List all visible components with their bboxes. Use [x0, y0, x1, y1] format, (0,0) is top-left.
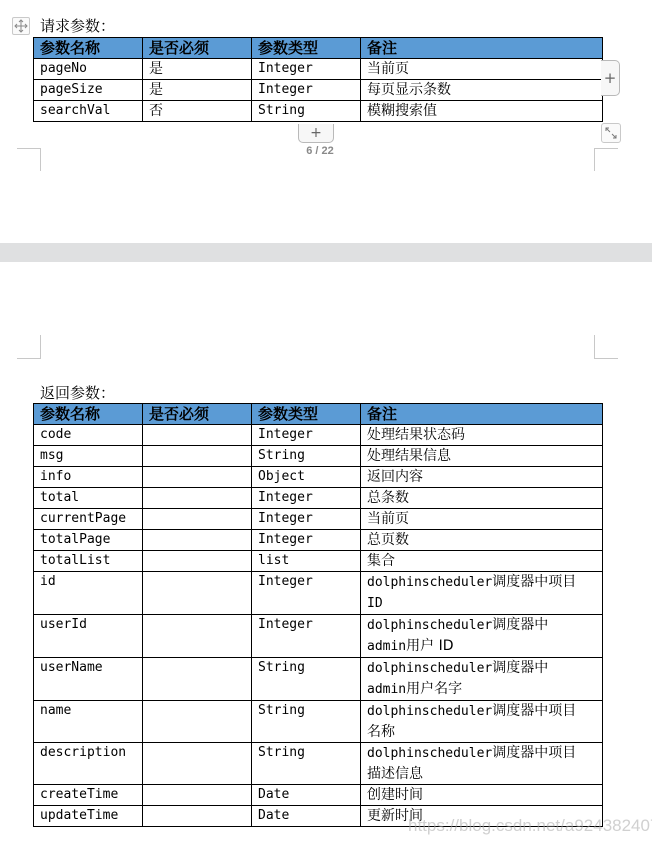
- header-param-name: 参数名称: [34, 404, 143, 425]
- table-row: description String dolphinscheduler调度器中项…: [34, 743, 603, 785]
- cell-required[interactable]: [143, 425, 252, 446]
- table-header-row: 参数名称 是否必须 参数类型 备注: [34, 404, 603, 425]
- table-row: userName String dolphinscheduler调度器中admi…: [34, 658, 603, 701]
- header-param-type: 参数类型: [252, 38, 361, 59]
- cell-name[interactable]: createTime: [34, 785, 143, 806]
- page-corner-mark: [17, 335, 41, 359]
- request-params-label: 请求参数：: [40, 17, 115, 35]
- watermark: https://blog.csdn.net/a924382407: [408, 816, 652, 836]
- cell-required[interactable]: [143, 743, 252, 785]
- cell-required[interactable]: [143, 446, 252, 467]
- table-row: totalList list 集合: [34, 551, 603, 572]
- response-params-table: 参数名称 是否必须 参数类型 备注 code Integer 处理结果状态码 m…: [33, 403, 603, 827]
- cell-required[interactable]: [143, 530, 252, 551]
- cell-name[interactable]: description: [34, 743, 143, 785]
- cell-required[interactable]: 是: [143, 59, 252, 80]
- table-move-handle[interactable]: [12, 17, 30, 35]
- cell-note[interactable]: 当前页: [361, 59, 603, 80]
- cell-type[interactable]: String: [252, 658, 361, 701]
- cell-type[interactable]: Integer: [252, 80, 361, 101]
- cell-type[interactable]: Integer: [252, 509, 361, 530]
- page-corner-mark: [17, 148, 41, 171]
- cell-name[interactable]: userName: [34, 658, 143, 701]
- cell-note[interactable]: 处理结果信息: [361, 446, 603, 467]
- table-row: createTime Date 创建时间: [34, 785, 603, 806]
- cell-required[interactable]: [143, 806, 252, 827]
- cell-note[interactable]: 当前页: [361, 509, 603, 530]
- header-param-type: 参数类型: [252, 404, 361, 425]
- cell-name[interactable]: userId: [34, 615, 143, 658]
- add-row-button[interactable]: +: [298, 124, 334, 143]
- table-resize-button[interactable]: [601, 123, 621, 143]
- cell-name[interactable]: id: [34, 572, 143, 615]
- plus-icon: +: [310, 125, 322, 141]
- cell-note[interactable]: dolphinscheduler调度器中项目描述信息: [361, 743, 603, 785]
- cell-name[interactable]: updateTime: [34, 806, 143, 827]
- table-row: pageSize 是 Integer 每页显示条数: [34, 80, 603, 101]
- cell-required[interactable]: [143, 551, 252, 572]
- cell-note[interactable]: dolphinscheduler调度器中admin用户名字: [361, 658, 603, 701]
- cell-name[interactable]: total: [34, 488, 143, 509]
- table-row: id Integer dolphinscheduler调度器中项目ID: [34, 572, 603, 615]
- cell-type[interactable]: Integer: [252, 59, 361, 80]
- cell-note[interactable]: 创建时间: [361, 785, 603, 806]
- cell-type[interactable]: Integer: [252, 425, 361, 446]
- request-params-table: 参数名称 是否必须 参数类型 备注 pageNo 是 Integer 当前页 p…: [33, 37, 603, 122]
- cell-note[interactable]: 集合: [361, 551, 603, 572]
- cell-note[interactable]: 返回内容: [361, 467, 603, 488]
- header-required: 是否必须: [143, 404, 252, 425]
- cell-note[interactable]: 总条数: [361, 488, 603, 509]
- cell-note[interactable]: dolphinscheduler调度器中admin用户 ID: [361, 615, 603, 658]
- response-params-label: 返回参数：: [40, 384, 115, 402]
- cell-note[interactable]: dolphinscheduler调度器中项目名称: [361, 701, 603, 743]
- plus-icon: +: [604, 69, 617, 87]
- cell-name[interactable]: totalList: [34, 551, 143, 572]
- header-required: 是否必须: [143, 38, 252, 59]
- cell-type[interactable]: Date: [252, 806, 361, 827]
- cell-name[interactable]: name: [34, 701, 143, 743]
- cell-name[interactable]: code: [34, 425, 143, 446]
- header-param-name: 参数名称: [34, 38, 143, 59]
- cell-required[interactable]: 否: [143, 101, 252, 122]
- cell-type[interactable]: list: [252, 551, 361, 572]
- cell-required[interactable]: [143, 701, 252, 743]
- cell-note[interactable]: dolphinscheduler调度器中项目ID: [361, 572, 603, 615]
- table-row: total Integer 总条数: [34, 488, 603, 509]
- cell-type[interactable]: Integer: [252, 572, 361, 615]
- table-row: msg String 处理结果信息: [34, 446, 603, 467]
- cell-required[interactable]: [143, 785, 252, 806]
- table-row: searchVal 否 String 模糊搜索值: [34, 101, 603, 122]
- table-row: totalPage Integer 总页数: [34, 530, 603, 551]
- cell-type[interactable]: String: [252, 743, 361, 785]
- cell-name[interactable]: searchVal: [34, 101, 143, 122]
- cell-note[interactable]: 总页数: [361, 530, 603, 551]
- cell-required[interactable]: [143, 572, 252, 615]
- cell-type[interactable]: String: [252, 446, 361, 467]
- table-row: code Integer 处理结果状态码: [34, 425, 603, 446]
- cell-type[interactable]: String: [252, 701, 361, 743]
- cell-name[interactable]: msg: [34, 446, 143, 467]
- table-row: name String dolphinscheduler调度器中项目名称: [34, 701, 603, 743]
- cell-type[interactable]: Integer: [252, 488, 361, 509]
- resize-icon: [604, 126, 618, 140]
- cell-required[interactable]: [143, 658, 252, 701]
- add-column-button[interactable]: +: [601, 60, 620, 96]
- move-icon: [14, 19, 28, 33]
- table-row: info Object 返回内容: [34, 467, 603, 488]
- cell-type[interactable]: String: [252, 101, 361, 122]
- cell-name[interactable]: pageNo: [34, 59, 143, 80]
- cell-name[interactable]: pageSize: [34, 80, 143, 101]
- page-indicator: 6 / 22: [290, 145, 350, 157]
- table-row: currentPage Integer 当前页: [34, 509, 603, 530]
- cell-required[interactable]: [143, 488, 252, 509]
- cell-note[interactable]: 每页显示条数: [361, 80, 603, 101]
- cell-required[interactable]: [143, 615, 252, 658]
- header-note: 备注: [361, 404, 603, 425]
- header-note: 备注: [361, 38, 603, 59]
- table-row: pageNo 是 Integer 当前页: [34, 59, 603, 80]
- cell-name[interactable]: currentPage: [34, 509, 143, 530]
- cell-required[interactable]: [143, 509, 252, 530]
- page-corner-mark: [594, 148, 618, 171]
- cell-type[interactable]: Integer: [252, 530, 361, 551]
- cell-note[interactable]: 模糊搜索值: [361, 101, 603, 122]
- cell-required[interactable]: [143, 467, 252, 488]
- cell-name[interactable]: totalPage: [34, 530, 143, 551]
- cell-type[interactable]: Object: [252, 467, 361, 488]
- cell-note[interactable]: 处理结果状态码: [361, 425, 603, 446]
- table-row: userId Integer dolphinscheduler调度器中admin…: [34, 615, 603, 658]
- cell-type[interactable]: Integer: [252, 615, 361, 658]
- page-separator: [0, 243, 652, 262]
- cell-name[interactable]: info: [34, 467, 143, 488]
- cell-required[interactable]: 是: [143, 80, 252, 101]
- table-header-row: 参数名称 是否必须 参数类型 备注: [34, 38, 603, 59]
- page-corner-mark: [594, 335, 618, 359]
- cell-type[interactable]: Date: [252, 785, 361, 806]
